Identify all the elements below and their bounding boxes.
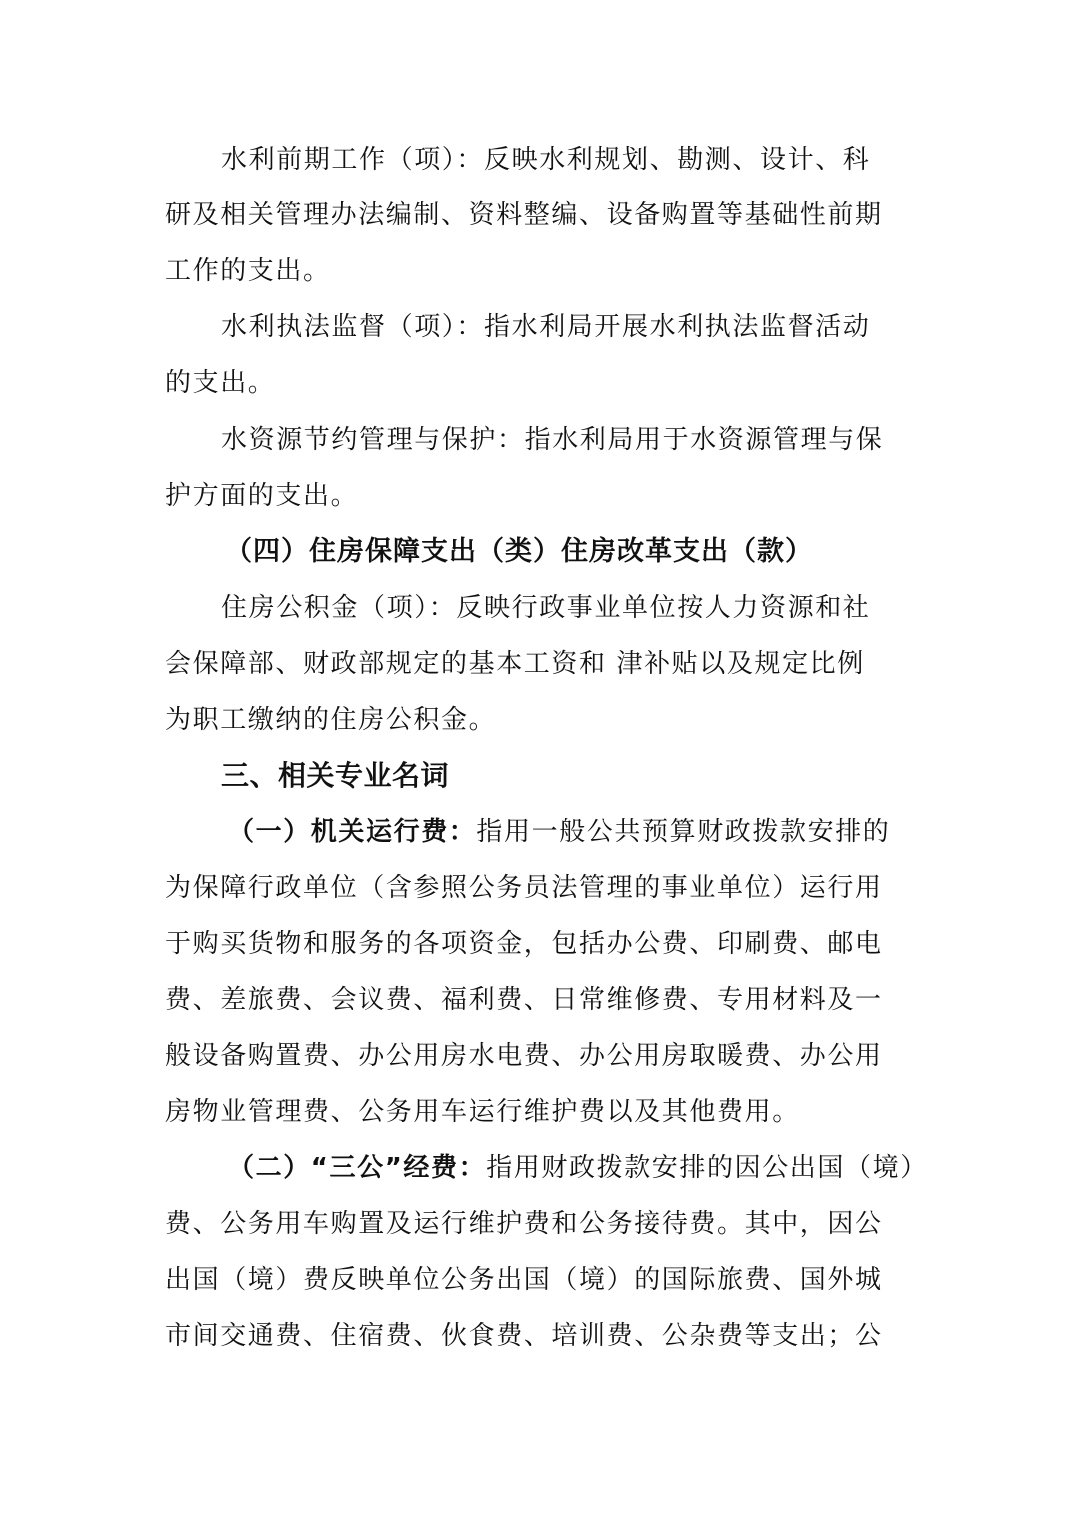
- paragraph-line: 于购买货物和服务的各项资金，包括办公费、印刷费、邮电: [165, 927, 915, 961]
- subheading: （四）住房保障支出（类）住房改革支出（款）: [225, 535, 975, 569]
- paragraph-line: 出国（境）费反映单位公务出国（境）的国际旅费、国外城: [165, 1263, 915, 1297]
- paragraph-line: 为保障行政单位（含参照公务员法管理的事业单位）运行用: [165, 871, 915, 905]
- paragraph-line: 费、公务用车购置及运行维护费和公务接待费。其中，因公: [165, 1207, 915, 1241]
- paragraph-line: 工作的支出。: [165, 254, 915, 288]
- paragraph-line: 费、差旅费、会议费、福利费、日常维修费、专用材料及一: [165, 983, 915, 1017]
- paragraph-line: 水资源节约管理与保护：指水利局用于水资源管理与保: [221, 423, 971, 457]
- document-page: 水利前期工作（项）：反映水利规划、勘测、设计、科 研及相关管理办法编制、资料整编…: [0, 0, 1074, 1520]
- paragraph-line: 水利前期工作（项）：反映水利规划、勘测、设计、科: [221, 143, 971, 177]
- paragraph-line: 住房公积金（项）：反映行政事业单位按人力资源和社: [221, 591, 971, 625]
- paragraph-line: 房物业管理费、公务用车运行维护费以及其他费用。: [165, 1095, 915, 1129]
- term-definition: 指用一般公共预算财政拨款安排的: [476, 817, 890, 847]
- paragraph-line: （二）“三公”经费：指用财政拨款安排的因公出国（境）: [228, 1151, 978, 1185]
- paragraph-line: （一）机关运行费：指用一般公共预算财政拨款安排的: [228, 815, 978, 849]
- paragraph-line: 会保障部、财政部规定的基本工资和 津补贴以及规定比例: [165, 647, 915, 681]
- paragraph-line: 护方面的支出。: [165, 479, 915, 513]
- paragraph-line: 的支出。: [165, 366, 915, 400]
- paragraph-line: 研及相关管理办法编制、资料整编、设备购置等基础性前期: [165, 198, 915, 232]
- paragraph-line: 为职工缴纳的住房公积金。: [165, 703, 915, 737]
- term-label: （二）“三公”经费：: [228, 1153, 486, 1183]
- paragraph-line: 市间交通费、住宿费、伙食费、培训费、公杂费等支出；公: [165, 1319, 915, 1353]
- term-label: （一）机关运行费：: [228, 817, 476, 847]
- section-heading: 三、相关专业名词: [221, 759, 971, 793]
- term-definition: 指用财政拨款安排的因公出国（境）: [486, 1153, 928, 1183]
- paragraph-line: 般设备购置费、办公用房水电费、办公用房取暖费、办公用: [165, 1039, 915, 1073]
- paragraph-line: 水利执法监督（项）：指水利局开展水利执法监督活动: [221, 310, 971, 344]
